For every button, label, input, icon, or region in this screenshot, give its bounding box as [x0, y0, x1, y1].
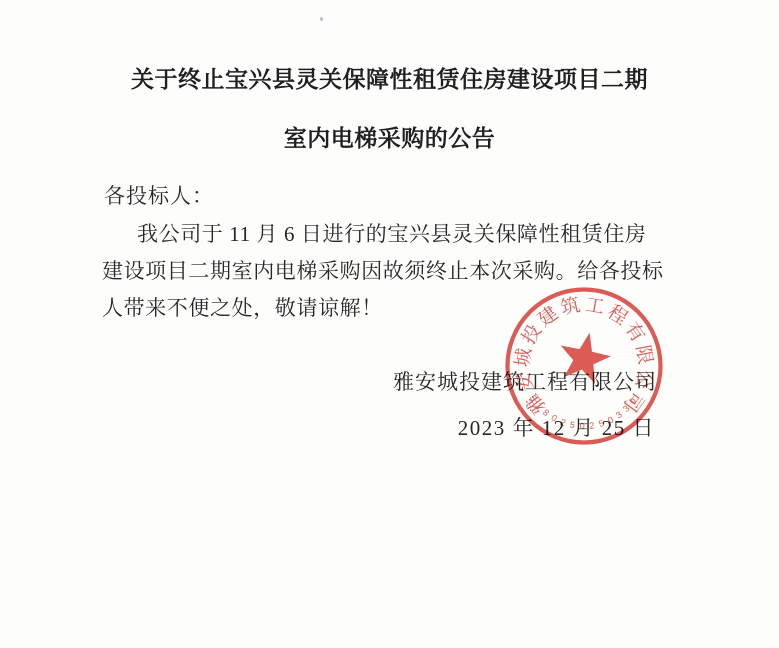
official-seal: 雅安城投建筑工程有限公司 5180250250330 [503, 285, 665, 447]
body-line-3: 人带来不便之处，敬请谅解！ [102, 292, 383, 322]
announcement-title-line1: 关于终止宝兴县灵关保障性租赁住房建设项目二期 [0, 61, 779, 94]
body-line-1: 我公司于 11 月 6 日进行的宝兴县灵关保障性租赁住房 [137, 218, 647, 248]
official-seal-graphic: 雅安城投建筑工程有限公司 5180250250330 [503, 285, 665, 447]
scanned-announcement-page: 关于终止宝兴县灵关保障性租赁住房建设项目二期 室内电梯采购的公告 各投标人： 我… [0, 0, 779, 648]
seal-star-icon [561, 333, 611, 384]
announcement-title-line2: 室内电梯采购的公告 [0, 120, 779, 153]
salutation: 各投标人： [104, 180, 214, 210]
body-line-2: 建设项目二期室内电梯采购因故须终止本次采购。给各投标 [102, 255, 664, 285]
scan-speck [320, 17, 323, 21]
